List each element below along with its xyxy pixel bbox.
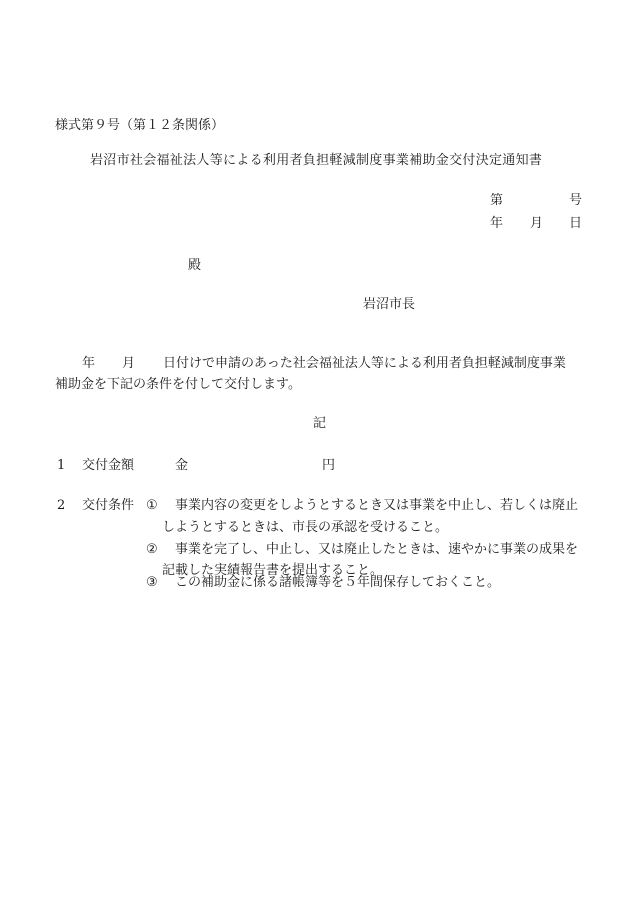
- amount-suffix: 円: [322, 458, 335, 474]
- form-number: 様式第９号（第１２条関係）: [55, 118, 224, 134]
- document-title: 岩沼市社会福祉法人等による利用者負担軽減制度事業補助金交付決定通知書: [90, 153, 542, 169]
- item-1-label: 交付金額: [82, 458, 134, 474]
- condition-1-line-1: 事業内容の変更をしようとするとき又は事業を中止し、若しくは廃止: [175, 498, 578, 514]
- item-1-number: 1: [57, 458, 65, 474]
- reference-go: 号: [569, 193, 582, 209]
- condition-1-line-2: しようとするときは、市長の承認を受けること。: [162, 520, 448, 536]
- ki-heading: 記: [313, 416, 326, 432]
- issuer: 岩沼市長: [363, 297, 415, 313]
- date-day: 日: [569, 216, 582, 232]
- body-year: 年: [82, 356, 95, 372]
- item-2-label: 交付条件: [82, 498, 134, 514]
- date-month: 月: [530, 216, 543, 232]
- body-line-2: 補助金を下記の条件を付して交付します。: [55, 377, 301, 393]
- reference-dai: 第: [490, 193, 503, 209]
- condition-3-mark: ③: [146, 575, 158, 591]
- item-2-number: 2: [57, 498, 65, 514]
- amount-prefix: 金: [175, 458, 188, 474]
- addressee-suffix: 殿: [188, 258, 201, 274]
- condition-1-mark: ①: [146, 498, 158, 514]
- condition-2-line-1: 事業を完了し、中止し、又は廃止したときは、速やかに事業の成果を: [175, 542, 578, 558]
- date-year: 年: [490, 216, 503, 232]
- condition-2-mark: ②: [146, 542, 158, 558]
- body-month: 月: [122, 356, 135, 372]
- body-line-1-text: 日付けで申請のあった社会福祉法人等による利用者負担軽減制度事業: [163, 356, 566, 372]
- condition-3-line-1: この補助金に係る諸帳簿等を５年間保存しておくこと。: [175, 575, 500, 591]
